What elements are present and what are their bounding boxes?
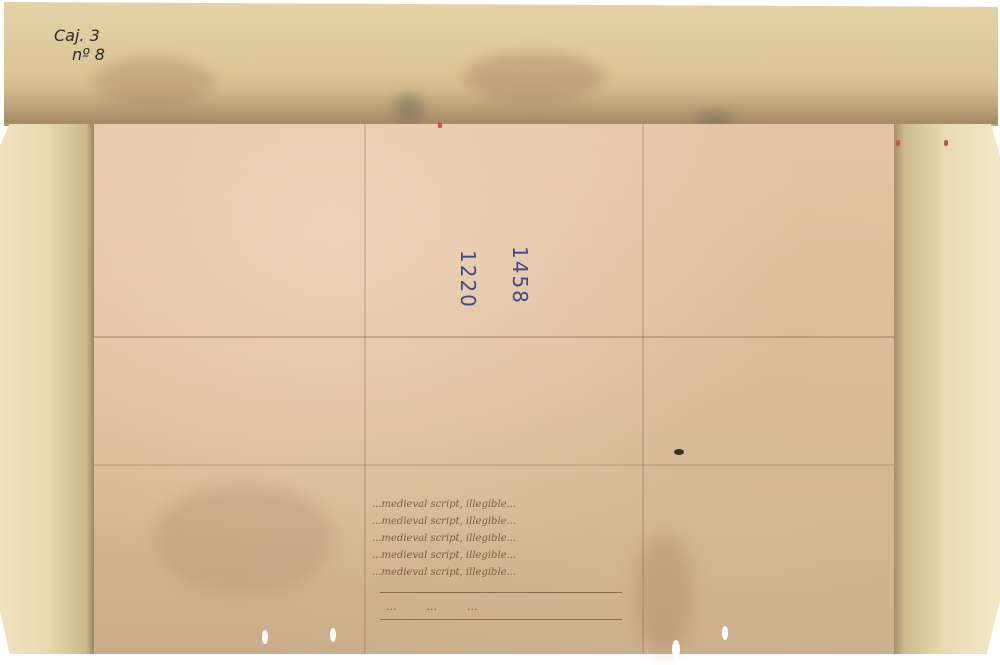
seal-hole	[722, 626, 728, 640]
top-folded-strip: Caj. 3 nº 8	[4, 2, 998, 126]
seal-hole	[330, 628, 336, 642]
red-pin-mark	[944, 140, 948, 146]
vertical-fold	[364, 124, 366, 654]
parchment-document: Caj. 3 nº 8 1220 1458 ...medieval script…	[0, 0, 1000, 665]
endorsement-line: ...medieval script, illegible...	[372, 496, 652, 513]
signature-row: ... ... ...	[380, 592, 622, 620]
signature: ...	[427, 600, 438, 613]
pencil-number-left: 1220	[456, 250, 480, 309]
seal-notch	[672, 640, 680, 658]
endorsement-line: ...medieval script, illegible...	[372, 513, 652, 530]
ink-dot	[674, 449, 684, 455]
archive-mark-line2: nº 8	[54, 45, 105, 64]
endorsement-line: ...medieval script, illegible...	[372, 564, 652, 581]
red-pin-mark	[896, 140, 900, 146]
endorsement-line: ...medieval script, illegible...	[372, 547, 652, 564]
horizontal-fold	[94, 336, 894, 338]
seal-hole	[262, 630, 268, 644]
left-flap	[0, 124, 96, 654]
strip-shadow-band	[4, 90, 998, 124]
red-pin-mark	[438, 122, 442, 128]
archive-mark-line1: Caj. 3	[54, 26, 105, 45]
stain	[154, 484, 334, 594]
horizontal-fold	[94, 464, 894, 466]
pencil-number-right: 1458	[508, 246, 532, 305]
signature: ...	[386, 600, 397, 613]
signature: ...	[467, 600, 478, 613]
archive-mark: Caj. 3 nº 8	[54, 26, 105, 64]
endorsement-line: ...medieval script, illegible...	[372, 530, 652, 547]
right-flap	[888, 124, 1000, 654]
endorsement-text: ...medieval script, illegible... ...medi…	[372, 496, 652, 588]
